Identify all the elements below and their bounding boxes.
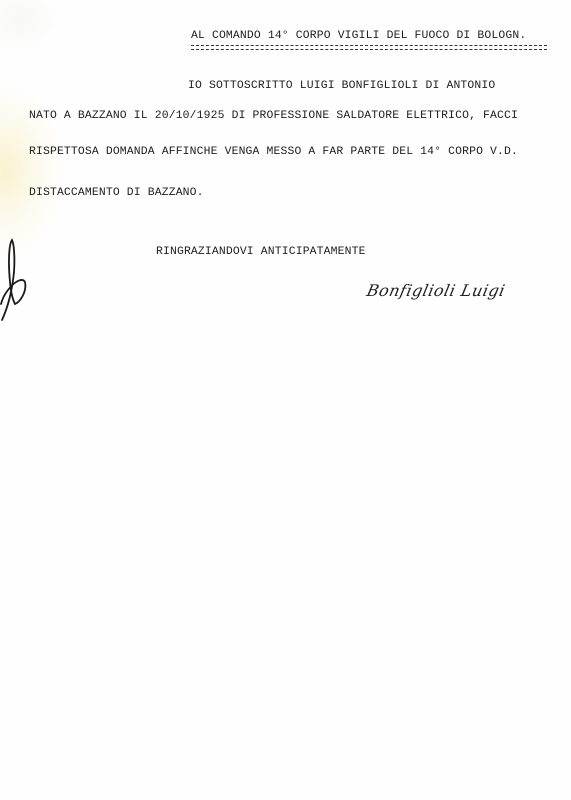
handwritten-initial-icon [0,232,40,322]
body-line-4: DISTACCAMENTO DI BAZZANO. [29,186,204,200]
handwritten-signature: Bonfiglioli Luigi [365,281,507,300]
heading-underline [191,45,547,50]
body-line-1: IO SOTTOSCRITTO LUIGI BONFIGLIOLI DI ANT… [188,79,495,93]
body-line-2: NATO A BAZZANO IL 20/10/1925 DI PROFESSI… [29,109,518,123]
closing-line: RINGRAZIANDOVI ANTICIPATAMENTE [156,245,366,259]
addressee-heading: AL COMANDO 14° CORPO VIGILI DEL FUOCO DI… [191,29,526,43]
body-line-3: RISPETTOSA DOMANDA AFFINCHE VENGA MESSO … [29,145,518,159]
